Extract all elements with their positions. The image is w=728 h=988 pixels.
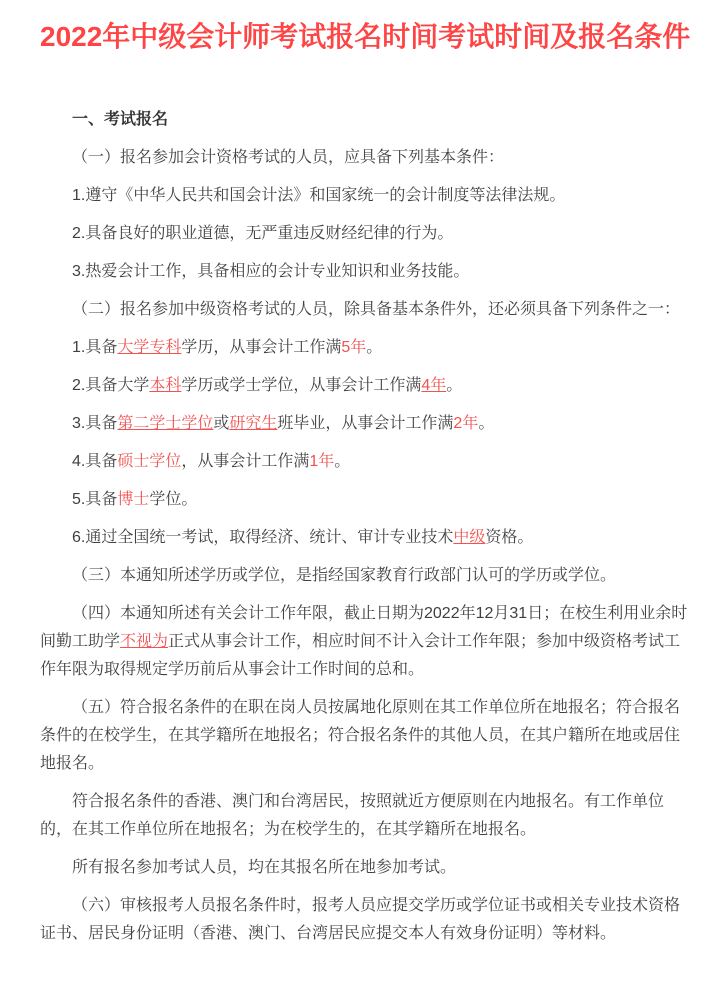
inline-link[interactable]: 大学专科 [117,339,181,356]
inline-link[interactable]: 不视为 [120,633,168,650]
text-run: 5.具备 [72,491,117,508]
text-run: 一、考试报名 [72,111,168,128]
paragraph: 3.具备第二学士学位或研究生班毕业，从事会计工作满2年。 [40,410,692,438]
paragraph: （一）报名参加会计资格考试的人员，应具备下列基本条件： [40,144,692,172]
text-run: 2.具备良好的职业道德，无严重违反财经纪律的行为。 [72,225,453,242]
text-run: （三）本通知所述学历或学位，是指经国家教育行政部门认可的学历或学位。 [72,567,616,584]
text-run: 班毕业，从事会计工作满 [277,415,453,432]
text-run: ，从事会计工作满 [181,453,309,470]
text-run: 。 [446,377,462,394]
text-run: 3.具备 [72,415,117,432]
article-body: 一、考试报名（一）报名参加会计资格考试的人员，应具备下列基本条件：1.遵守《中华… [40,106,692,948]
paragraph: 6.通过全国统一考试，取得经济、统计、审计专业技术中级资格。 [40,524,692,552]
text-run: 学历或学士学位，从事会计工作满 [181,377,421,394]
inline-link[interactable]: 研究生 [229,415,277,432]
text-run: 。 [478,415,494,432]
text-run: 学位。 [149,491,197,508]
paragraph: 4.具备硕士学位，从事会计工作满1年。 [40,448,692,476]
paragraph: 所有报名参加考试人员，均在其报名所在地参加考试。 [40,854,692,882]
highlight-text: 硕士学位 [117,453,181,470]
article-page: 2022年中级会计师考试报名时间考试时间及报名条件 一、考试报名（一）报名参加会… [0,0,728,988]
paragraph: （二）报名参加中级资格考试的人员，除具备基本条件外，还必须具备下列条件之一： [40,296,692,324]
paragraph: 5.具备博士学位。 [40,486,692,514]
text-run: 。 [366,339,382,356]
text-run: （一）报名参加会计资格考试的人员，应具备下列基本条件： [72,149,504,166]
inline-link[interactable]: 中级 [453,529,485,546]
highlight-text: 博士 [117,491,149,508]
text-run: 资格。 [485,529,533,546]
text-run: 所有报名参加考试人员，均在其报名所在地参加考试。 [72,859,456,876]
inline-link[interactable]: 本科 [149,377,181,394]
highlight-text: 2年 [453,415,478,432]
paragraph: 2.具备大学本科学历或学士学位，从事会计工作满4年。 [40,372,692,400]
text-run: 1.遵守《中华人民共和国会计法》和国家统一的会计制度等法律法规。 [72,187,565,204]
text-run: 2.具备大学 [72,377,149,394]
text-run: 6.通过全国统一考试，取得经济、统计、审计专业技术 [72,529,453,546]
paragraph: 3.热爱会计工作，具备相应的会计专业知识和业务技能。 [40,258,692,286]
highlight-text: 5年 [341,339,366,356]
section-heading: 一、考试报名 [40,106,692,134]
paragraph: 1.具备大学专科学历，从事会计工作满5年。 [40,334,692,362]
text-run: 。 [334,453,350,470]
text-run: 1.具备 [72,339,117,356]
text-run: 4.具备 [72,453,117,470]
text-run: （五）符合报名条件的在职在岗人员按属地化原则在其工作单位所在地报名；符合报名条件… [40,699,680,772]
paragraph: （五）符合报名条件的在职在岗人员按属地化原则在其工作单位所在地报名；符合报名条件… [40,694,692,778]
inline-link[interactable]: 4年 [421,377,446,394]
text-run: （二）报名参加中级资格考试的人员，除具备基本条件外，还必须具备下列条件之一： [72,301,680,318]
paragraph: 符合报名条件的香港、澳门和台湾居民，按照就近方便原则在内地报名。有工作单位的，在… [40,788,692,844]
paragraph: （三）本通知所述学历或学位，是指经国家教育行政部门认可的学历或学位。 [40,562,692,590]
text-run: 学历，从事会计工作满 [181,339,341,356]
page-title: 2022年中级会计师考试报名时间考试时间及报名条件 [40,18,692,56]
text-run: 3.热爱会计工作，具备相应的会计专业知识和业务技能。 [72,263,469,280]
paragraph: 2.具备良好的职业道德，无严重违反财经纪律的行为。 [40,220,692,248]
highlight-text: 1年 [309,453,334,470]
inline-link[interactable]: 第二学士学位 [117,415,213,432]
paragraph: 1.遵守《中华人民共和国会计法》和国家统一的会计制度等法律法规。 [40,182,692,210]
paragraph: （四）本通知所述有关会计工作年限，截止日期为2022年12月31日；在校生利用业… [40,600,692,684]
text-run: 符合报名条件的香港、澳门和台湾居民，按照就近方便原则在内地报名。有工作单位的，在… [40,793,664,838]
text-run: （六）审核报考人员报名条件时，报考人员应提交学历或学位证书或相关专业技术资格证书… [40,897,680,942]
paragraph: （六）审核报考人员报名条件时，报考人员应提交学历或学位证书或相关专业技术资格证书… [40,892,692,948]
text-run: 或 [213,415,229,432]
